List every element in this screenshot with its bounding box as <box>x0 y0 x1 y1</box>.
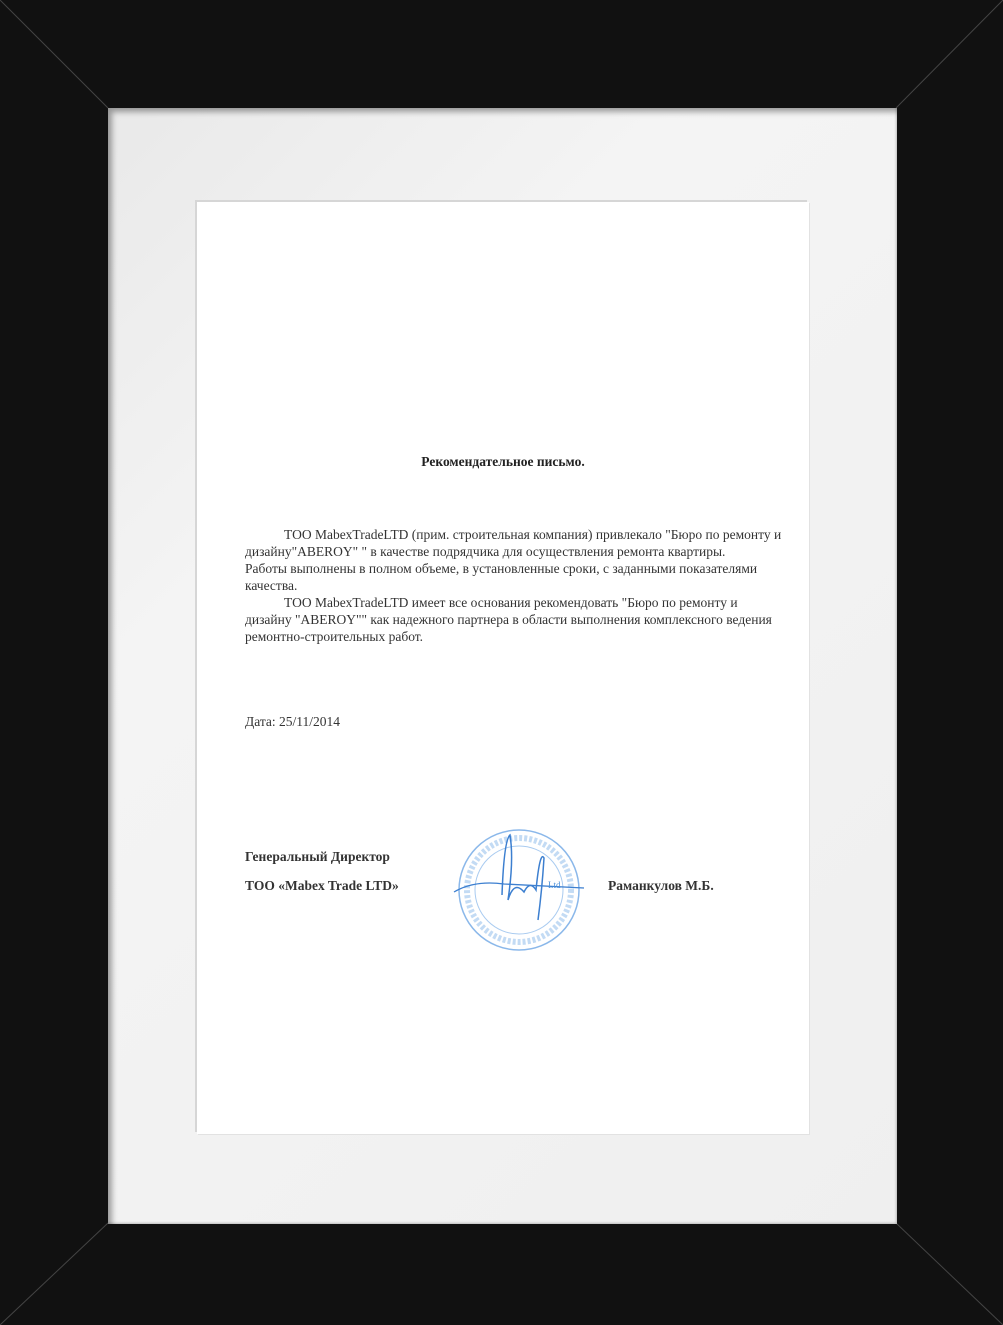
paragraph-1: ТОО MabexTradeLTD (прим. строительная ко… <box>245 526 785 560</box>
paragraph-3: ТОО MabexTradeLTD имеет все основания ре… <box>245 594 785 645</box>
paragraph-2: Работы выполнены в полном объеме, в уста… <box>245 560 785 594</box>
letter-body: ТОО MabexTradeLTD (прим. строительная ко… <box>245 526 785 645</box>
letter-page: Рекомендательное письмо. ТОО MabexTradeL… <box>197 202 809 1134</box>
signatory-title: Генеральный Директор <box>245 849 390 865</box>
picture-frame: Рекомендательное письмо. ТОО MabexTradeL… <box>0 0 1003 1325</box>
signatory-name: Раманкулов М.Б. <box>608 878 714 894</box>
letter-date: Дата: 25/11/2014 <box>245 714 340 730</box>
svg-text:Ltd: Ltd <box>548 880 561 890</box>
letter-title: Рекомендательное письмо. <box>197 454 809 470</box>
company-stamp-icon: Ltd <box>444 820 594 960</box>
signatory-company: ТОО «Mabex Trade LTD» <box>245 878 399 894</box>
